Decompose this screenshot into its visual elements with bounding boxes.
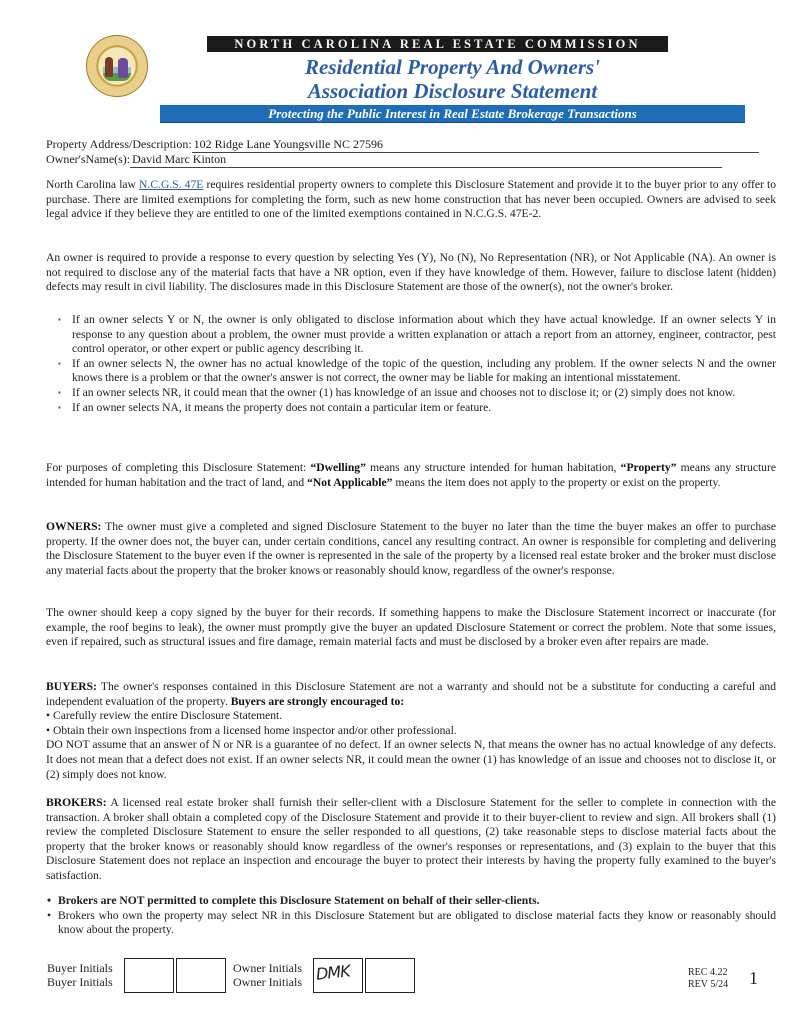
owner-name-field[interactable]: David Marc Kinton	[130, 152, 722, 168]
bullet-na: If an owner selects NA, it means the pro…	[56, 401, 776, 416]
agency-banner: NORTH CAROLINA REAL ESTATE COMMISSION	[207, 36, 668, 52]
seal-artwork	[103, 51, 131, 81]
bullet-y-or-n: If an owner selects Y or N, the owner is…	[56, 313, 776, 357]
term-property: “Property”	[621, 461, 677, 474]
document-title-line1: Residential Property And Owners'	[160, 55, 745, 80]
owner-name-row: Owner'sName(s):David Marc Kinton	[46, 152, 722, 168]
response-options-paragraph: An owner is required to provide a respon…	[46, 251, 776, 295]
buyers-emphasis: Buyers are strongly encouraged to:	[231, 695, 404, 708]
brokers-bullet-owner-brokers: Brokers who own the property may select …	[46, 909, 776, 938]
response-bullet-list: If an owner selects Y or N, the owner is…	[56, 313, 776, 415]
brokers-bullet-list: Brokers are NOT permitted to complete th…	[46, 894, 776, 938]
owner-copy-paragraph: The owner should keep a copy signed by t…	[46, 606, 776, 650]
disclosure-page: NORTH CAROLINA REAL ESTATE COMMISSION Re…	[0, 0, 791, 1024]
buyers-list: • Carefully review the entire Disclosure…	[46, 709, 776, 738]
intro-paragraph: North Carolina law N.C.G.S. 47E requires…	[46, 178, 776, 222]
tagline-banner: Protecting the Public Interest in Real E…	[160, 105, 745, 123]
owner-initials-labels: Owner Initials Owner Initials	[233, 961, 302, 989]
owners-paragraph: OWNERS: The owner must give a completed …	[46, 520, 776, 578]
form-revision: REC 4.22 REV 5/24	[688, 967, 728, 991]
buyer-initials-box-2[interactable]	[176, 958, 226, 993]
buyer-initials-labels: Buyer Initials Buyer Initials	[47, 961, 113, 989]
buyer-initials-box-1[interactable]	[124, 958, 174, 993]
owner-name-label: Owner'sName(s):	[46, 152, 130, 166]
term-dwelling: “Dwelling”	[310, 461, 365, 474]
property-address-field[interactable]: 102 Ridge Lane Youngsville NC 27596	[192, 137, 759, 153]
buyers-heading: BUYERS:	[46, 680, 97, 693]
revision-date: REV 5/24	[688, 979, 728, 991]
owners-heading: OWNERS:	[46, 520, 101, 533]
brokers-paragraph: BROKERS: A licensed real estate broker s…	[46, 796, 776, 884]
term-not-applicable: “Not Applicable”	[307, 476, 392, 489]
owner-initials-box-2[interactable]	[365, 958, 415, 993]
property-address-row: Property Address/Description:102 Ridge L…	[46, 137, 759, 153]
statute-link[interactable]: N.C.G.S. 47E	[139, 178, 203, 191]
owner-initials-box-1[interactable]: DMK	[313, 958, 363, 993]
brokers-heading: BROKERS:	[46, 796, 107, 809]
document-title-line2: Association Disclosure Statement	[160, 79, 745, 104]
buyers-paragraph: BUYERS: The owner's responses contained …	[46, 680, 776, 782]
brokers-bullet-not-permitted: Brokers are NOT permitted to complete th…	[46, 894, 776, 909]
definitions-paragraph: For purposes of completing this Disclosu…	[46, 461, 776, 490]
form-code: REC 4.22	[688, 967, 728, 979]
property-address-label: Property Address/Description:	[46, 137, 192, 151]
page-number: 1	[749, 968, 758, 989]
buyers-list-item: • Carefully review the entire Disclosure…	[46, 709, 776, 724]
commission-seal-icon	[86, 35, 148, 97]
buyers-list-item: • Obtain their own inspections from a li…	[46, 724, 776, 739]
bullet-nr: If an owner selects NR, it could mean th…	[56, 386, 776, 401]
bullet-n: If an owner selects N, the owner has no …	[56, 357, 776, 386]
owner-initials-signature: DMK	[315, 961, 350, 983]
buyers-warning: DO NOT assume that an answer of N or NR …	[46, 738, 776, 782]
